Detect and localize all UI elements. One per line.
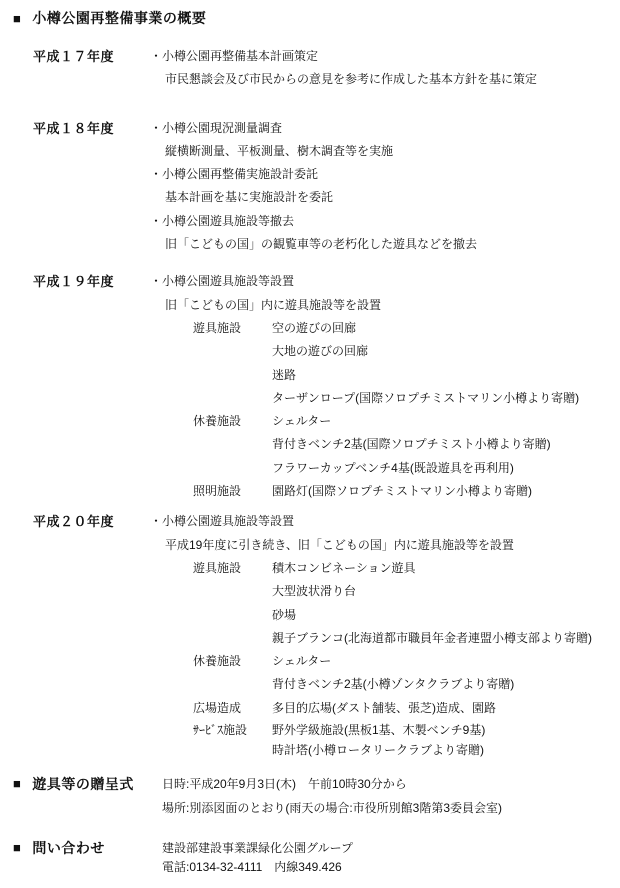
facility-entry: 親子ブランコ(北海道都市職員年金者連盟小樽支部より寄贈) — [272, 627, 620, 650]
section-h17: 平成１７年度 ・小樽公園再整備基本計画策定 市民懇談会及び市民からの意見を参考に… — [0, 45, 620, 92]
facility-category: ｻｰﾋﾞｽ施設 — [193, 720, 272, 740]
facility-entry: シェルター — [272, 650, 620, 673]
facility-entries: シェルター 背付きベンチ2基(国際ソロプチミスト小樽より寄贈) フラワーカップベ… — [272, 410, 620, 480]
section-content: ・小樽公園現況測量調査 縦横断測量、平板測量、樹木調査等を実施 ・小樽公園再整備… — [150, 117, 620, 257]
ceremony-heading-row: ■ 遊具等の贈呈式 — [13, 772, 162, 796]
section-h18: 平成１８年度 ・小樽公園現況測量調査 縦横断測量、平板測量、樹木調査等を実施 ・… — [0, 117, 620, 257]
project-item: ・小樽公園遊具施設等撤去 — [150, 210, 620, 233]
year-label: 平成１８年度 — [33, 117, 150, 140]
section-h20: 平成２０年度 ・小樽公園遊具施設等設置 平成19年度に引き続き、旧「こどもの国」… — [0, 510, 620, 760]
facility-entry: フラワーカップベンチ4基(既設遊具を再利用) — [272, 457, 620, 480]
project-item: ・小樽公園現況測量調査 — [150, 117, 620, 140]
square-bullet-icon: ■ — [13, 772, 21, 796]
facility-entry: 背付きベンチ2基(国際ソロプチミスト小樽より寄贈) — [272, 433, 620, 456]
year-label: 平成１９年度 — [33, 270, 150, 293]
facility-category: 休養施設 — [193, 410, 272, 433]
facility-entry: 砂場 — [272, 604, 620, 627]
facility-group-play: 遊具施設 積木コンビネーション遊具 大型波状滑り台 砂場 親子ブランコ(北海道都… — [150, 557, 620, 650]
facility-category: 遊具施設 — [193, 317, 272, 340]
section-content: ・小樽公園再整備基本計画策定 市民懇談会及び市民からの意見を参考に作成した基本方… — [150, 45, 620, 92]
facility-entries: 多目的広場(ダスト舗装、張芝)造成、園路 — [272, 697, 620, 720]
section-content: ・小樽公園遊具施設等設置 平成19年度に引き続き、旧「こどもの国」内に遊具施設等… — [150, 510, 620, 760]
facility-entry: 大地の遊びの回廊 — [272, 340, 620, 363]
page-title: 小樽公園再整備事業の概要 — [32, 9, 206, 28]
section-h19: 平成１９年度 ・小樽公園遊具施設等設置 旧「こどもの国」内に遊具施設等を設置 遊… — [0, 270, 620, 503]
project-item: ・小樽公園遊具施設等設置 — [150, 270, 620, 293]
facility-entry: 野外学級施設(黒板1基、木製ベンチ9基) — [272, 720, 620, 740]
facility-entry: 背付きベンチ2基(小樽ゾンタクラブより寄贈) — [272, 673, 620, 696]
square-bullet-icon: ■ — [13, 839, 21, 858]
project-item-detail: 旧「こどもの国」内に遊具施設等を設置 — [150, 294, 620, 317]
contact-phone: 電話:0134-32-4111 内線349.426 — [162, 858, 620, 877]
year-label: 平成１７年度 — [33, 45, 150, 68]
facility-entry: 多目的広場(ダスト舗装、張芝)造成、園路 — [272, 697, 620, 720]
ceremony-datetime: 日時:平成20年9月3日(木) 午前10時30分から — [162, 772, 620, 796]
facility-entries: 野外学級施設(黒板1基、木製ベンチ9基) 時計塔(小樽ロータリークラブより寄贈) — [272, 720, 620, 760]
facility-group-plaza: 広場造成 多目的広場(ダスト舗装、張芝)造成、園路 — [150, 697, 620, 720]
facility-entry: 迷路 — [272, 364, 620, 387]
project-item: ・小樽公園再整備基本計画策定 — [150, 45, 620, 68]
facility-category: 休養施設 — [193, 650, 272, 673]
facility-entries: 積木コンビネーション遊具 大型波状滑り台 砂場 親子ブランコ(北海道都市職員年金… — [272, 557, 620, 650]
facility-group-rest: 休養施設 シェルター 背付きベンチ2基(国際ソロプチミスト小樽より寄贈) フラワ… — [150, 410, 620, 480]
facility-entries: 園路灯(国際ソロプチミストマリン小樽より寄贈) — [272, 480, 620, 503]
contact-details: 建設部建設事業課緑化公園グループ 電話:0134-32-4111 内線349.4… — [162, 839, 620, 876]
facility-category: 遊具施設 — [193, 557, 272, 580]
facility-category: 照明施設 — [193, 480, 272, 503]
facility-entries: 空の遊びの回廊 大地の遊びの回廊 迷路 ターザンロープ(国際ソロプチミストマリン… — [272, 317, 620, 410]
contact-section: ■ 問い合わせ 建設部建設事業課緑化公園グループ 電話:0134-32-4111… — [0, 839, 620, 876]
project-item-detail: 旧「こどもの国」の観覧車等の老朽化した遊具などを撤去 — [150, 233, 620, 256]
facility-entry: 積木コンビネーション遊具 — [272, 557, 620, 580]
contact-heading-row: ■ 問い合わせ — [13, 839, 162, 858]
project-item-detail: 縦横断測量、平板測量、樹木調査等を実施 — [150, 140, 620, 163]
facility-group-service: ｻｰﾋﾞｽ施設 野外学級施設(黒板1基、木製ベンチ9基) 時計塔(小樽ロータリー… — [150, 720, 620, 760]
contact-department: 建設部建設事業課緑化公園グループ — [162, 839, 620, 858]
contact-heading: 問い合わせ — [32, 839, 105, 858]
project-item: ・小樽公園遊具施設等設置 — [150, 510, 620, 533]
facility-entry: シェルター — [272, 410, 620, 433]
facility-group-rest: 休養施設 シェルター 背付きベンチ2基(小樽ゾンタクラブより寄贈) — [150, 650, 620, 697]
facility-group-lighting: 照明施設 園路灯(国際ソロプチミストマリン小樽より寄贈) — [150, 480, 620, 503]
ceremony-section: ■ 遊具等の贈呈式 日時:平成20年9月3日(木) 午前10時30分から 場所:… — [0, 772, 620, 820]
facility-group-play: 遊具施設 空の遊びの回廊 大地の遊びの回廊 迷路 ターザンロープ(国際ソロプチミ… — [150, 317, 620, 410]
facility-entry: 空の遊びの回廊 — [272, 317, 620, 340]
facility-entry: 時計塔(小樽ロータリークラブより寄贈) — [272, 740, 620, 760]
square-bullet-icon: ■ — [13, 9, 21, 28]
facility-category: 広場造成 — [193, 697, 272, 720]
facility-entry: 大型波状滑り台 — [272, 580, 620, 603]
project-item-detail: 市民懇談会及び市民からの意見を参考に作成した基本方針を基に策定 — [150, 68, 620, 91]
section-content: ・小樽公園遊具施設等設置 旧「こどもの国」内に遊具施設等を設置 遊具施設 空の遊… — [150, 270, 620, 503]
project-item: ・小樽公園再整備実施設計委託 — [150, 163, 620, 186]
document-page: ■ 小樽公園再整備事業の概要 平成１７年度 ・小樽公園再整備基本計画策定 市民懇… — [0, 0, 620, 876]
ceremony-place: 場所:別添図面のとおり(雨天の場合:市役所別館3階第3委員会室) — [162, 796, 620, 820]
facility-entry: ターザンロープ(国際ソロプチミストマリン小樽より寄贈) — [272, 387, 620, 410]
ceremony-details: 日時:平成20年9月3日(木) 午前10時30分から 場所:別添図面のとおり(雨… — [162, 772, 620, 820]
ceremony-heading: 遊具等の贈呈式 — [32, 772, 134, 796]
project-item-detail: 基本計画を基に実施設計を委託 — [150, 186, 620, 209]
facility-entry: 園路灯(国際ソロプチミストマリン小樽より寄贈) — [272, 480, 620, 503]
year-label: 平成２０年度 — [33, 510, 150, 533]
document-title-row: ■ 小樽公園再整備事業の概要 — [0, 9, 620, 28]
project-item-detail: 平成19年度に引き続き、旧「こどもの国」内に遊具施設等を設置 — [150, 534, 620, 557]
facility-entries: シェルター 背付きベンチ2基(小樽ゾンタクラブより寄贈) — [272, 650, 620, 697]
